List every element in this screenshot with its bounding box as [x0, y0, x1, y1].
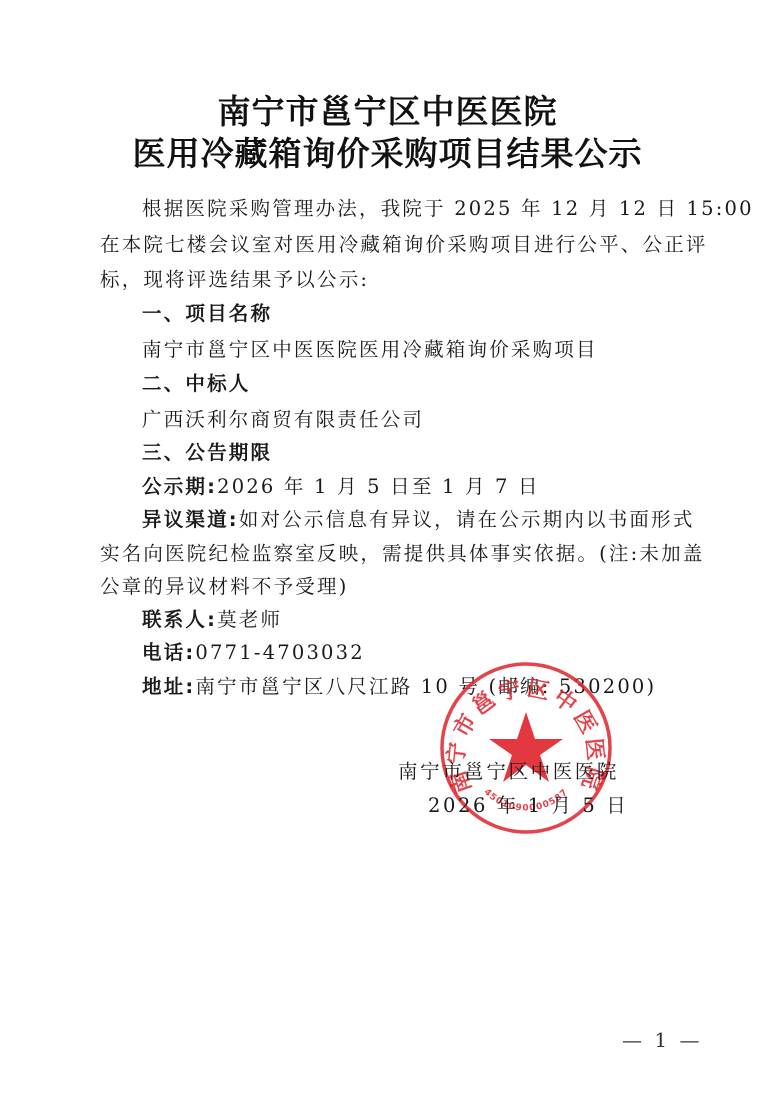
objection-line3: 公章的异议材料不予受理) [100, 571, 349, 599]
winner-value: 广西沃利尔商贸有限责任公司 [142, 404, 424, 432]
section-heading-project-name: 一、项目名称 [142, 298, 272, 326]
objection-line2: 实名向医院纪检监察室反映，需提供具体事实依据。(注:未加盖 [100, 538, 704, 566]
period-row: 公示期:2026 年 1 月 5 日至 1 月 7 日 [142, 471, 540, 499]
objection-label: 异议渠道: [142, 508, 239, 531]
contact-value: 莫老师 [217, 608, 282, 631]
intro-line1: 根据医院采购管理办法，我院于 2025 年 12 月 12 日 15:00 [142, 193, 754, 221]
objection-line1: 如对公示信息有异议，请在公示期内以书面形式 [239, 508, 695, 531]
phone-row: 电话:0771-4703032 [142, 637, 365, 665]
page-number: — 1 — [622, 1028, 702, 1052]
address-label: 地址: [142, 675, 195, 698]
intro-line2: 在本院七楼会议室对医用冷藏箱询价采购项目进行公平、公正评 [100, 229, 708, 257]
project-name-value: 南宁市邕宁区中医医院医用冷藏箱询价采购项目 [142, 334, 598, 362]
section-heading-winner: 二、中标人 [142, 368, 251, 396]
document-title-line2: 医用冷藏箱询价采购项目结果公示 [0, 128, 775, 175]
period-value: 2026 年 1 月 5 日至 1 月 7 日 [217, 475, 540, 498]
section-heading-period: 三、公告期限 [142, 437, 272, 465]
contact-label: 联系人: [142, 608, 217, 631]
contact-row: 联系人:莫老师 [142, 604, 282, 632]
phone-value: 0771-4703032 [195, 641, 364, 664]
signature-date: 2026 年 1 月 5 日 [428, 790, 628, 818]
document-page: 南宁市邕宁区中医医院 医用冷藏箱询价采购项目结果公示 根据医院采购管理办法，我院… [0, 0, 775, 1106]
document-title-line1: 南宁市邕宁区中医医院 [0, 86, 775, 133]
signature-organization: 南宁市邕宁区中医医院 [398, 756, 619, 784]
objection-row: 异议渠道:如对公示信息有异议，请在公示期内以书面形式 [142, 504, 695, 532]
intro-line3: 标，现将评选结果予以公示: [100, 264, 369, 292]
period-label: 公示期: [142, 475, 217, 498]
phone-label: 电话: [142, 641, 195, 664]
